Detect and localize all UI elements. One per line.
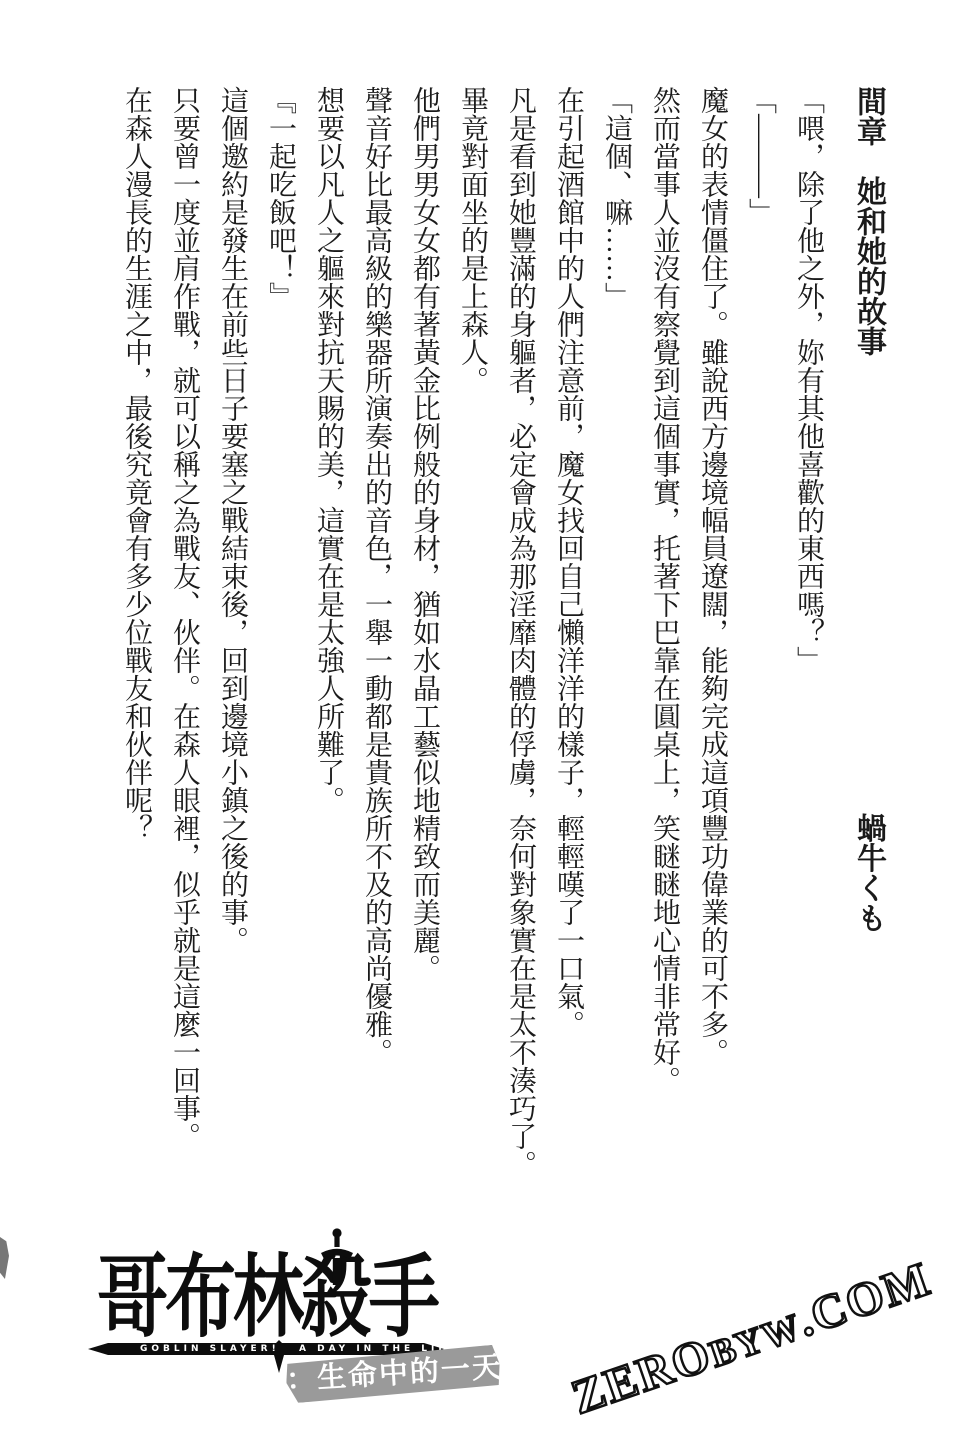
paragraph-column: 然而當事人並沒有察覺到這個事實，托著下巴靠在圓桌上，笑瞇瞇地心情非常好。 (640, 86, 688, 1266)
paragraph-column: 「———」 (736, 86, 784, 1266)
author-name: 蝸牛くも (852, 813, 885, 933)
novel-text-block: 間章 她和她的故事 蝸牛くも 「喂，除了他之外，妳有其他喜歡的東西嗎？」 「——… (112, 86, 886, 1266)
paragraph-column: 聲音好比最高級的樂器所演奏出的音色，一舉一動都是貴族所不及的高尚優雅。 (352, 86, 400, 1266)
chapter-title: 間章 她和她的故事 (852, 86, 885, 356)
title-author-spacer (868, 364, 869, 804)
paragraph-column: 畢竟對面坐的是上森人。 (448, 86, 496, 1266)
paragraph-column: 魔女的表情僵住了。雖說西方邊境幅員遼闊，能夠完成這項豐功偉業的可不多。 (688, 86, 736, 1266)
logo-subtitle-en-left: GOBLIN SLAYER! (140, 1344, 280, 1354)
sword-icon (320, 1228, 354, 1286)
paragraph-column: 『一起吃飯吧！』 (256, 86, 304, 1266)
watermark: ZEROBYW.COM (565, 1251, 939, 1426)
watermark-text-byw: BYW (705, 1306, 808, 1376)
scan-artifact (0, 1237, 9, 1279)
paragraph-column: 他們男男女女都有著黃金比例般的身材，猶如水晶工藝似地精致而美麗。 (400, 86, 448, 1266)
paragraph-column: 這個邀約是發生在前些日子要塞之戰結束後，回到邊境小鎮之後的事。 (208, 86, 256, 1266)
chapter-heading-column: 間章 她和她的故事 蝸牛くも (850, 86, 886, 1266)
watermark-text-zero: ZERO (565, 1328, 718, 1425)
paragraph-column: 在森人漫長的生涯之中，最後究竟會有多少位戰友和伙伴呢？ (112, 86, 160, 1266)
paragraph-column: 只要曾一度並肩作戰，就可以稱之為戰友、伙伴。在森人眼裡，似乎就是這麼一回事。 (160, 86, 208, 1266)
paragraph-column: 「這個、嘛……」 (592, 86, 640, 1266)
paragraph-column: 「喂，除了他之外，妳有其他喜歡的東西嗎？」 (784, 86, 832, 1266)
paragraph-column: 凡是看到她豐滿的身軀者，必定會成為那淫靡肉體的俘虜，奈何對象實在是太不湊巧了。 (496, 86, 544, 1266)
novel-page: 間章 她和她的故事 蝸牛くも 「喂，除了他之外，妳有其他喜歡的東西嗎？」 「——… (0, 0, 980, 1435)
paragraph-column: 在引起酒館中的人們注意前，魔女找回自己懶洋洋的樣子，輕輕嘆了一口氣。 (544, 86, 592, 1266)
watermark-text-com: .COM (791, 1252, 938, 1347)
logo-title: 哥布林殺手 (97, 1252, 437, 1342)
paragraph-column: 想要以凡人之軀來對抗天賜的美，這實在是太強人所難了。 (304, 86, 352, 1266)
